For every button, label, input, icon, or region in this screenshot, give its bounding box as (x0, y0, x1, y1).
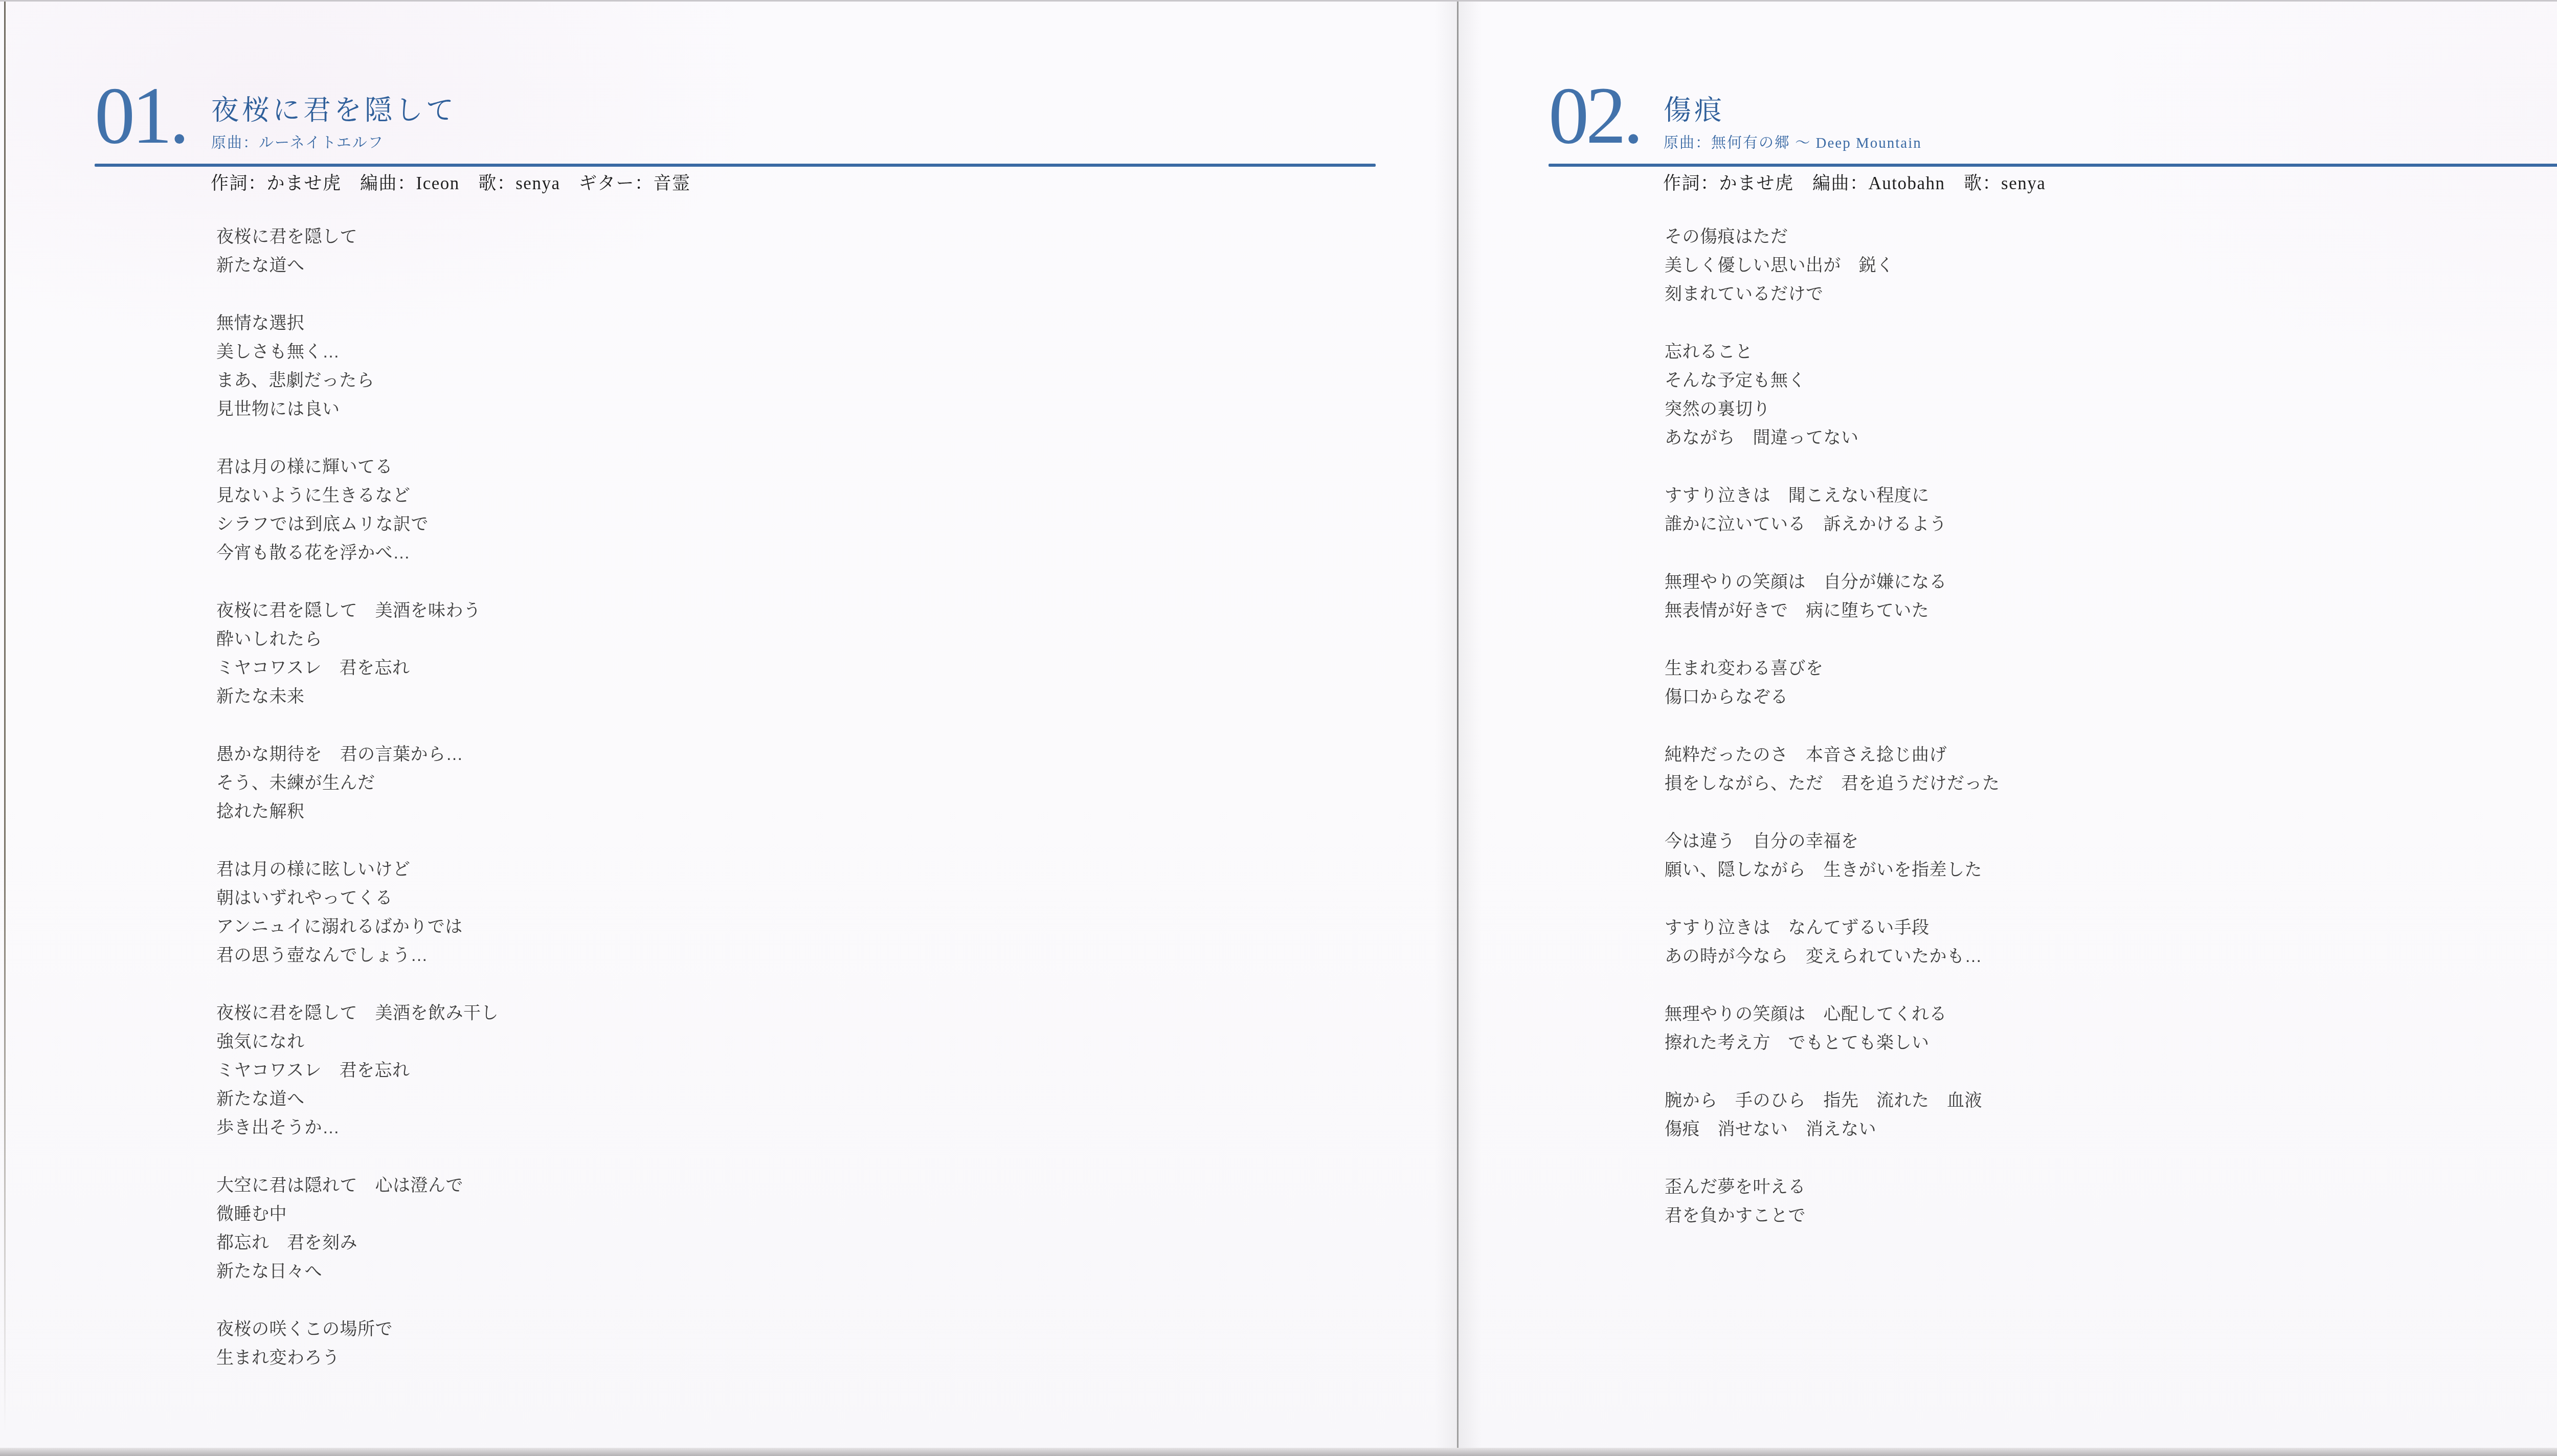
lyric-line: 無表情が好きで 病に堕ちていた (1665, 596, 2000, 625)
lyric-line: 純粋だったのさ 本音さえ捻じ曲げ (1665, 741, 2000, 769)
lyric-line: ミヤコワスレ 君を忘れ (216, 1056, 499, 1085)
stanza: すすり泣きは なんてずるい手段あの時が今なら 変えられていたかも… (1665, 913, 2000, 971)
header-rule (1549, 164, 2557, 167)
scan-edge-top (0, 0, 2557, 2)
track-credits: 作詞：かませ虎 編曲：Iceon 歌：senya ギター：音霊 (211, 172, 691, 195)
lyric-line: 損をしながら、ただ 君を追うだけだった (1665, 769, 2000, 798)
scan-edge-left (4, 0, 6, 1432)
lyric-line: 酔いしれたら (216, 625, 499, 654)
lyric-line: 忘れること (1665, 338, 2000, 366)
lyric-line: 腕から 手のひら 指先 流れた 血液 (1665, 1086, 2000, 1115)
lyric-line: まあ、悲劇だったら (216, 366, 499, 395)
lyric-line: 傷痕 消せない 消えない (1665, 1115, 2000, 1144)
lyric-line: 夜桜に君を隠して (216, 222, 499, 251)
lyric-line: 微睡む中 (216, 1200, 499, 1228)
lyric-line: 誰かに泣いている 訴えかけるよう (1665, 510, 2000, 539)
lyric-line: 願い、隠しながら 生きがいを指差した (1665, 856, 2000, 884)
lyric-line: ミヤコワスレ 君を忘れ (216, 654, 499, 682)
track-title: 夜桜に君を隠して (211, 95, 457, 126)
stanza: 夜桜に君を隠して 美酒を飲み干し強気になれミヤコワスレ 君を忘れ新たな道へ歩き出… (216, 999, 499, 1142)
lyric-line: 歪んだ夢を叶える (1665, 1173, 2000, 1201)
lyric-line: すすり泣きは 聞こえない程度に (1665, 481, 2000, 510)
header-rule (95, 164, 1376, 167)
lyric-line: 夜桜に君を隠して 美酒を味わう (216, 596, 499, 625)
lyric-line: 強気になれ (216, 1027, 499, 1056)
stanza: 君は月の様に輝いてる見ないように生きるなどシラフでは到底ムリな訳で今宵も散る花を… (216, 453, 499, 567)
stanza: 無情な選択美しさも無く…まあ、悲劇だったら見世物には良い (216, 309, 499, 423)
lyric-line: 今宵も散る花を浮かべ… (216, 539, 499, 567)
track-origin: 原曲：ルーネイトエルフ (211, 134, 384, 153)
stanza: 生まれ変わる喜びを傷口からなぞる (1665, 654, 2000, 711)
lyric-line: 君を負かすことで (1665, 1201, 2000, 1230)
lyric-line: 夜桜の咲くこの場所で (216, 1315, 499, 1343)
stanza: 愚かな期待を 君の言葉から…そう、未練が生んだ捻れた解釈 (216, 740, 499, 826)
lyric-line: 君は月の様に眩しいけど (216, 855, 499, 884)
track-number: 01. (95, 76, 187, 156)
lyric-line: 新たな道へ (216, 251, 499, 280)
lyric-line: あの時が今なら 変えられていたかも… (1665, 942, 2000, 971)
lyric-line: シラフでは到底ムリな訳で (216, 510, 499, 539)
track-01-lyrics: 夜桜に君を隠して新たな道へ無情な選択美しさも無く…まあ、悲劇だったら見世物には良… (216, 222, 499, 1401)
lyric-line: 見世物には良い (216, 395, 499, 423)
lyric-line: 傷口からなぞる (1665, 683, 2000, 711)
stanza: 今は違う 自分の幸福を願い、隠しながら 生きがいを指差した (1665, 827, 2000, 884)
stanza: 歪んだ夢を叶える君を負かすことで (1665, 1173, 2000, 1230)
lyric-line: 見ないように生きるなど (216, 481, 499, 510)
page-gutter-line (1457, 0, 1459, 1456)
track-origin: 原曲：無何有の郷 ～ Deep Mountain (1664, 134, 1922, 153)
lyric-line: すすり泣きは なんてずるい手段 (1665, 913, 2000, 942)
stanza: 夜桜に君を隠して 美酒を味わう酔いしれたらミヤコワスレ 君を忘れ新たな未来 (216, 596, 499, 711)
lyric-line: 都忘れ 君を刻み (216, 1228, 499, 1257)
lyric-line: 美しく優しい思い出が 鋭く (1665, 251, 2000, 280)
stanza: 無理やりの笑顔は 自分が嫌になる無表情が好きで 病に堕ちていた (1665, 568, 2000, 625)
lyric-line: その傷痕はただ (1665, 222, 2000, 251)
track-title: 傷痕 (1664, 95, 1725, 126)
lyric-line: 無理やりの笑顔は 自分が嫌になる (1665, 568, 2000, 596)
lyric-line: そんな予定も無く (1665, 366, 2000, 395)
lyric-line: 新たな道へ (216, 1085, 499, 1113)
stanza: すすり泣きは 聞こえない程度に誰かに泣いている 訴えかけるよう (1665, 481, 2000, 539)
lyric-line: 捻れた解釈 (216, 797, 499, 826)
lyric-line: 朝はいずれやってくる (216, 884, 499, 912)
track-02-lyrics: その傷痕はただ美しく優しい思い出が 鋭く刻まれているだけで忘れることそんな予定も… (1665, 222, 2000, 1259)
lyric-line: 刻まれているだけで (1665, 280, 2000, 308)
stanza: 無理やりの笑顔は 心配してくれる擦れた考え方 でもとても楽しい (1665, 1000, 2000, 1057)
lyric-line: 夜桜に君を隠して 美酒を飲み干し (216, 999, 499, 1027)
track-credits: 作詞：かませ虎 編曲：Autobahn 歌：senya (1663, 172, 2046, 195)
lyric-line: 今は違う 自分の幸福を (1665, 827, 2000, 856)
stanza: 夜桜の咲くこの場所で生まれ変わろう (216, 1315, 499, 1372)
stanza: 君は月の様に眩しいけど朝はいずれやってくるアンニュイに溺れるばかりでは君の思う壺… (216, 855, 499, 970)
lyric-line: 無理やりの笑顔は 心配してくれる (1665, 1000, 2000, 1028)
scan-edge-bottom (0, 1448, 2557, 1456)
lyric-line: 歩き出そうか… (216, 1113, 499, 1142)
lyric-line: 君は月の様に輝いてる (216, 453, 499, 481)
lyric-line: 生まれ変わろう (216, 1343, 499, 1372)
stanza: 大空に君は隠れて 心は澄んで微睡む中都忘れ 君を刻み新たな日々へ (216, 1171, 499, 1286)
lyric-line: 生まれ変わる喜びを (1665, 654, 2000, 683)
stanza: 純粋だったのさ 本音さえ捻じ曲げ損をしながら、ただ 君を追うだけだった (1665, 741, 2000, 798)
lyric-line: そう、未練が生んだ (216, 769, 499, 797)
lyric-line: アンニュイに溺れるばかりでは (216, 912, 499, 941)
stanza: 忘れることそんな予定も無く突然の裏切りあながち 間違ってない (1665, 338, 2000, 452)
stanza: 夜桜に君を隠して新たな道へ (216, 222, 499, 280)
track-number: 02. (1549, 76, 1641, 156)
lyric-line: 突然の裏切り (1665, 395, 2000, 423)
lyric-line: 大空に君は隠れて 心は澄んで (216, 1171, 499, 1200)
page-track-02: 02. 傷痕 原曲：無何有の郷 ～ Deep Mountain 作詞：かませ虎 … (1459, 0, 2557, 1456)
booklet-spread: 01. 夜桜に君を隠して 原曲：ルーネイトエルフ 作詞：かませ虎 編曲：Iceo… (0, 0, 2557, 1456)
lyric-line: 君の思う壺なんでしょう… (216, 941, 499, 970)
lyric-line: 新たな日々へ (216, 1257, 499, 1286)
lyric-line: 新たな未来 (216, 682, 499, 711)
lyric-line: 愚かな期待を 君の言葉から… (216, 740, 499, 769)
lyric-line: あながち 間違ってない (1665, 423, 2000, 452)
lyric-line: 無情な選択 (216, 309, 499, 338)
stanza: その傷痕はただ美しく優しい思い出が 鋭く刻まれているだけで (1665, 222, 2000, 308)
lyric-line: 美しさも無く… (216, 338, 499, 366)
lyric-line: 擦れた考え方 でもとても楽しい (1665, 1028, 2000, 1057)
page-track-01: 01. 夜桜に君を隠して 原曲：ルーネイトエルフ 作詞：かませ虎 編曲：Iceo… (4, 0, 1458, 1456)
stanza: 腕から 手のひら 指先 流れた 血液傷痕 消せない 消えない (1665, 1086, 2000, 1144)
